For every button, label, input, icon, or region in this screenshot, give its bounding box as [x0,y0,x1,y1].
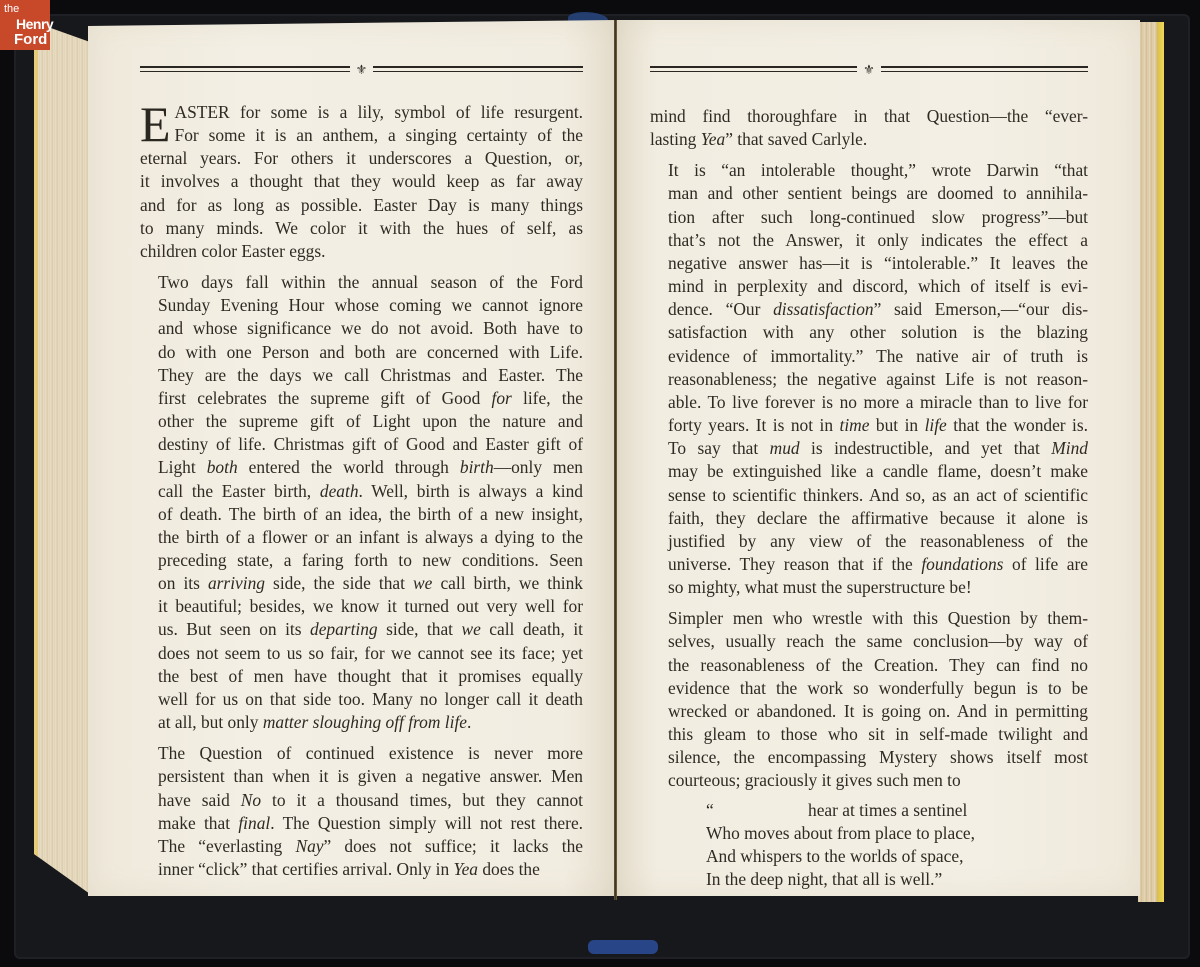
poem-line: In the deep night, that all is well.” [706,868,1088,891]
text-line: persistent than when it is given a negat… [140,765,583,788]
logo-henry: Henry [16,17,53,31]
henry-ford-logo: the Henry Ford [0,0,50,50]
poem-line: “hear at times a sentinel [706,799,1088,822]
italic-text: matter sloughing off from life [263,712,467,732]
italic-text: Nay [295,836,323,856]
fleuron-icon: ⚜ [863,63,875,76]
double-rule [881,66,1088,72]
italic-text: departing [310,619,378,639]
drop-cap: E [140,104,171,144]
right-page-text: mind find thoroughfare in that Question—… [650,105,1088,891]
text-line: Light both entered the world through bir… [140,456,583,479]
text-line: and for as long as possible. Easter Day … [140,194,583,217]
open-quote: “ [706,799,808,822]
text-line: forty years. It is not in time but in li… [650,414,1088,437]
text-line: Two days fall within the annual season o… [140,271,583,294]
italic-text: death [320,481,359,501]
text-line: to many minds. We color it with the hues… [140,217,583,240]
paragraph: EASTER for some is a lily, symbol of lif… [140,101,583,263]
text-line: reasonableness; the negative against Lif… [650,368,1088,391]
text-line: on its arriving side, the side that we c… [140,572,583,595]
text-line: The Question of continued existence is n… [140,742,583,765]
italic-text: mud [770,438,800,458]
text-line: able. To live forever is no more a mirac… [650,391,1088,414]
italic-text: Yea [701,129,726,149]
paragraph: Simpler men who wrestle with this Questi… [650,607,1088,792]
paragraph: Two days fall within the annual season o… [140,271,583,734]
text-line: silence, the encompassing Mystery shows … [650,746,1088,769]
paragraph: The Question of continued existence is n… [140,742,583,881]
text-line: preceding state, a faring forth to new c… [140,549,583,572]
text-line: eternal years. For others it underscores… [140,147,583,170]
text-line: To say that mud is indestructible, and y… [650,437,1088,460]
logo-the: the [4,4,19,15]
double-rule [373,66,583,72]
italic-text: both [207,457,238,477]
text-line: For some it is an anthem, a singing cert… [140,124,583,147]
text-line: make that final. The Question simply wil… [140,812,583,835]
logo-ford: Ford [14,32,47,47]
text-line: that’s not the Answer, it only indicates… [650,229,1088,252]
text-line: the birth of a flower or an infant is al… [140,526,583,549]
gilt-edge-left [34,22,38,894]
page-edges-left [34,22,90,894]
text-line: this gleam to those who sit in self-made… [650,723,1088,746]
italic-text: we [461,619,480,639]
text-line: children color Easter eggs. [140,240,583,263]
fleuron-icon: ⚜ [356,63,368,76]
paragraph: It is “an intolerable thought,” wrote Da… [650,159,1088,599]
text-line: the best of men have thought that it pro… [140,665,583,688]
italic-text: foundations [921,554,1003,574]
text-line: man and other sentient beings are doomed… [650,182,1088,205]
text-line: mind find thoroughfare in that Question—… [650,105,1088,128]
italic-text: birth [460,457,494,477]
text-line: mind in perplexity and discord, which of… [650,275,1088,298]
text-line: courteous; graciously it gives such men … [650,769,1088,792]
gilt-edge-right [1157,22,1164,902]
text-line: at all, but only matter sloughing off fr… [140,711,583,734]
text-line: inner “click” that certifies arrival. On… [140,858,583,881]
italic-text: dissatisfaction [773,299,874,319]
page-edges-right [1138,22,1164,902]
paragraph: mind find thoroughfare in that Question—… [650,105,1088,151]
poem-quote: “hear at times a sentinelWho moves about… [650,799,1088,892]
text-line: justified by any view of the reasonablen… [650,530,1088,553]
text-line: It is “an intolerable thought,” wrote Da… [650,159,1088,182]
italic-text: No [241,790,261,810]
text-line: ASTER for some is a lily, symbol of life… [140,101,583,124]
italic-text: time [840,415,870,435]
text-line: so mighty, what must the superstructure … [650,576,1088,599]
poem-line: And whispers to the worlds of space, [706,845,1088,868]
text-line: The “everlasting Nay” does not suffice; … [140,835,583,858]
text-line: faith, they declare the affirmative beca… [650,507,1088,530]
text-line: it involves a thought that they would ke… [140,170,583,193]
text-line: wrecked or abandoned. It is going on. An… [650,700,1088,723]
italic-text: we [413,573,432,593]
text-line: sense to scientific thinkers. And so, as… [650,484,1088,507]
text-line: Sunday Evening Hour whose coming we cann… [140,294,583,317]
text-line: selves, usually reach the same conclusio… [650,630,1088,653]
double-rule [650,66,857,72]
double-rule [140,66,350,72]
text-line: negative answer has—it is “intolerable.”… [650,252,1088,275]
italic-text: final [238,813,270,833]
italic-text: for [492,388,512,408]
text-line: of death. The birth of an idea, the birt… [140,503,583,526]
italic-text: Yea [454,859,479,879]
text-line: it beautiful; besides, we know it turned… [140,595,583,618]
ribbon-bookmark-bottom [588,940,658,954]
italic-text: Mind [1051,438,1088,458]
text-line: have said No to it a thousand times, but… [140,789,583,812]
text-line: dence. “Our dissatisfaction” said Emerso… [650,298,1088,321]
left-page-text: EASTER for some is a lily, symbol of lif… [140,101,583,881]
text-line: call the Easter birth, death. Well, birt… [140,480,583,503]
poem-line: Who moves about from place to place, [706,822,1088,845]
text-line: tion after such long-continued slow prog… [650,206,1088,229]
text-line: first celebrates the supreme gift of Goo… [140,387,583,410]
italic-text: life [925,415,947,435]
text-line: us. But seen on its departing side, that… [140,618,583,641]
header-ornament-left: ⚜ [140,62,583,76]
text-line: satisfaction with any other solution is … [650,321,1088,344]
italic-text: arriving [208,573,265,593]
text-line: lasting Yea” that saved Carlyle. [650,128,1088,151]
text-line: do with one Person and both are concerne… [140,341,583,364]
text-line: destiny of life. Christmas gift of Good … [140,433,583,456]
text-line: evidence of immortality.” The native air… [650,345,1088,368]
text-line: does not seem to us so fair, for we cann… [140,642,583,665]
text-line: universe. They reason that if the founda… [650,553,1088,576]
text-line: other the supreme gift of Light upon the… [140,410,583,433]
text-line: They are the days we call Christmas and … [140,364,583,387]
text-line: evidence that the work so wonderfully be… [650,677,1088,700]
text-line: the reasonableness of the Creation. They… [650,654,1088,677]
header-ornament-right: ⚜ [650,62,1088,76]
text-line: well for us on that side too. Many no lo… [140,688,583,711]
text-line: and whose significance we do not avoid. … [140,317,583,340]
text-line: Simpler men who wrestle with this Questi… [650,607,1088,630]
text-line: may be extinguished like a candle flame,… [650,460,1088,483]
book-gutter [614,20,617,900]
